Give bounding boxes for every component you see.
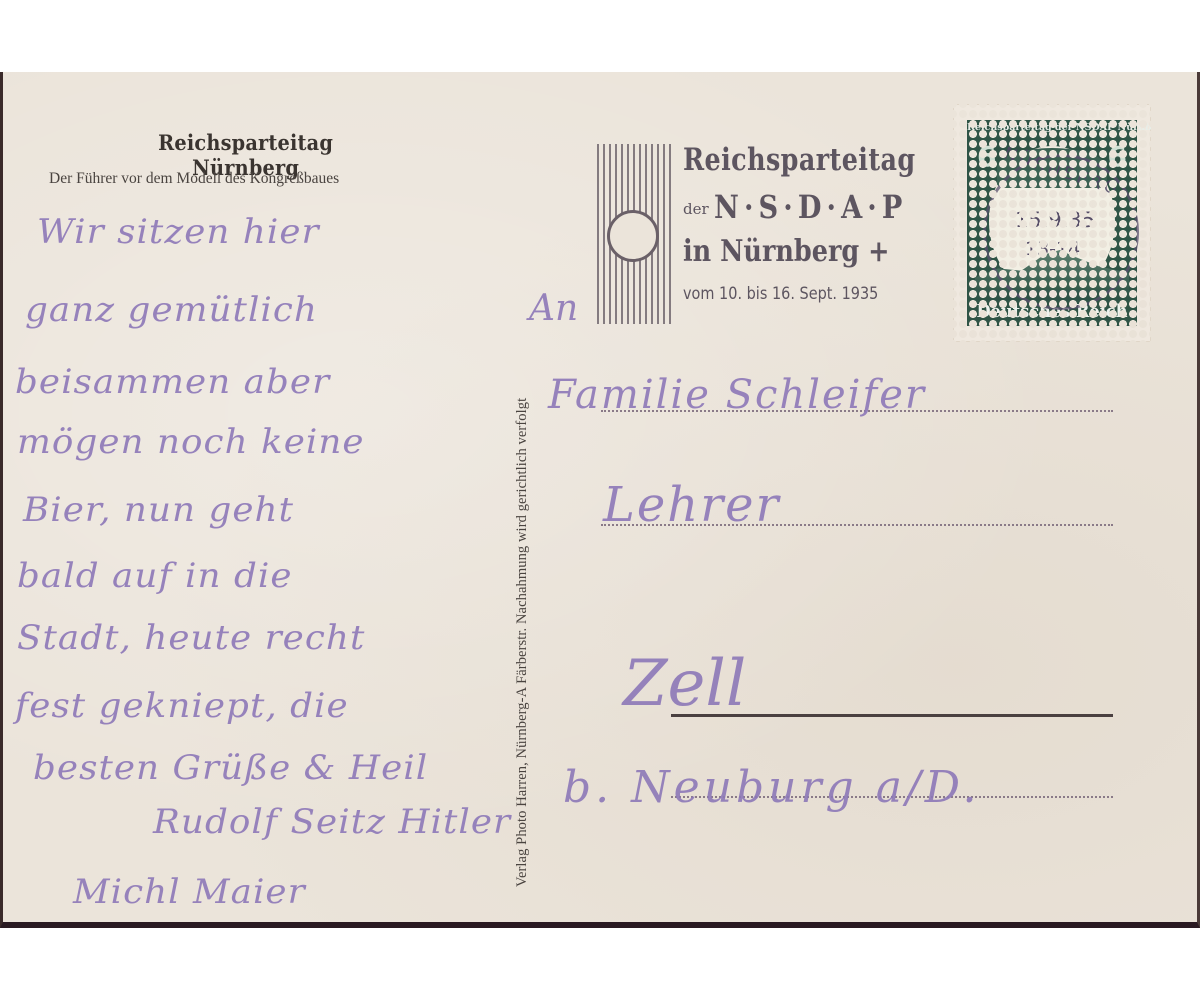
address-district: b. Neuburg a/D. [563, 762, 980, 813]
cancellation-line-3: in Nürnberg + [683, 234, 889, 269]
postcard: Reichsparteitag Nürnberg Der Führer vor … [0, 72, 1200, 928]
address-occupation: Lehrer [603, 477, 781, 533]
postmark-time: 13-14 [1025, 238, 1080, 260]
message-line: besten Grüße & Heil [33, 748, 428, 788]
address-salutation: An [529, 288, 578, 329]
message-signature: Michl Maier [73, 872, 306, 912]
message-line: beisammen aber [15, 362, 330, 402]
cancellation-line-2-prefix: der [683, 200, 709, 218]
address-recipient: Familie Schleifer [548, 372, 926, 418]
message-line: Bier, nun geht [23, 490, 294, 530]
cancellation-line-2-main: N·S·D·A·P [714, 188, 907, 226]
message-signature: Rudolf Seitz Hitler [153, 802, 511, 842]
publisher-line: Verlag Photo Harren, Nürnberg-A Färberst… [514, 127, 531, 887]
cancellation-line-4: vom 10. bis 16. Sept. 1935 [683, 284, 878, 304]
stamp-value-left: 6 [977, 140, 996, 173]
cancellation-line-1: Reichsparteitag [683, 142, 916, 178]
cancellation-line-2: der N·S·D·A·P [683, 188, 941, 226]
postmark-date: 15.9.35 [1015, 208, 1095, 232]
address-town: Zell [623, 647, 746, 721]
machine-cancellation: Reichsparteitag der N·S·D·A·P in Nürnber… [597, 144, 927, 329]
message-line: Stadt, heute recht [17, 618, 365, 658]
message-line: Wir sitzen hier [37, 212, 320, 252]
stamp-top-text: Reichsparteitag der NSDAP Nürnberg 1935 [967, 122, 1137, 133]
message-line: mögen noch keine [17, 422, 365, 462]
message-line: ganz gemütlich [25, 290, 318, 330]
postage-stamp: Reichsparteitag der NSDAP Nürnberg 1935 … [953, 104, 1151, 342]
cancellation-emblem-icon [607, 210, 659, 262]
message-line: bald auf in die [17, 556, 293, 596]
stamp-value-right: 6 [1108, 140, 1127, 173]
message-line: fest gekniept, die [15, 686, 349, 726]
card-subtitle: Der Führer vor dem Modell des Kongreßbau… [49, 170, 469, 188]
